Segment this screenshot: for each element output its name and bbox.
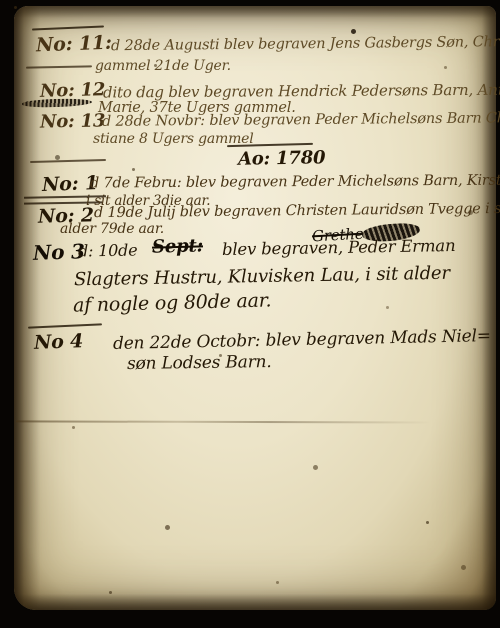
paper-speckles: [14, 6, 17, 9]
struck-overwritten-word: Sept:: [152, 235, 204, 257]
entry-date: d: 10de: [78, 240, 138, 260]
entry-text-line: gammel 21de Uger.: [95, 58, 231, 74]
entry-number: No: 13: [40, 110, 106, 132]
year-heading: Ao: 1780: [238, 147, 326, 170]
manuscript-scan: No: 11: d 28de Augusti blev begraven Jen…: [0, 0, 500, 628]
entry-text-line: søn Lodses Barn.: [127, 352, 272, 374]
entry-text-line: dito dag blev begraven Hendrick Pedersøn…: [103, 81, 500, 102]
entry-number: No 4: [34, 330, 84, 354]
entry-text-line: d 28de Novbr: blev begraven Peder Michel…: [102, 110, 500, 130]
entry-text-line: alder 79de aar.: [60, 221, 164, 237]
entry-number: No: 11:: [36, 32, 112, 57]
entry-text-line: d 7de Febru: blev begraven Peder Michels…: [90, 172, 500, 191]
entry-text-line: blev begraven, Peder Erman: [222, 236, 456, 259]
